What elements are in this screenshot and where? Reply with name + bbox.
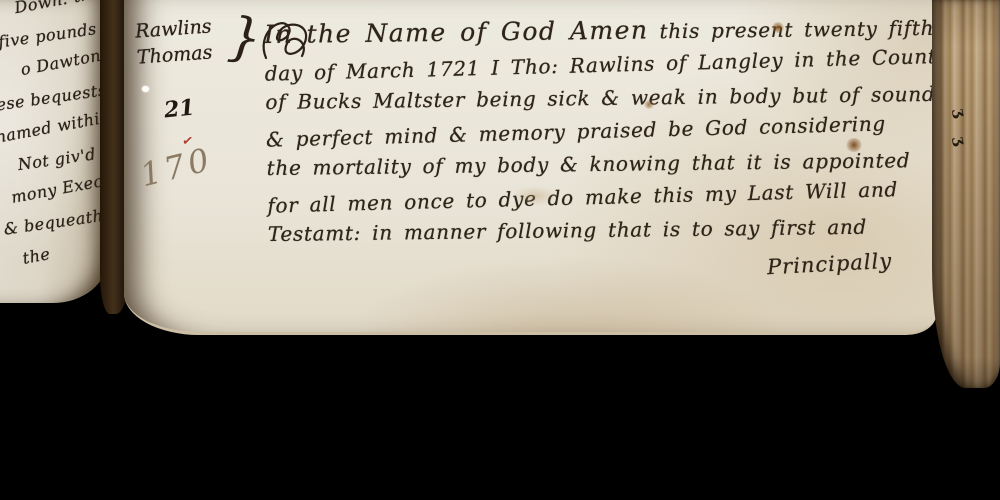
catchword: Principally [766,249,892,280]
paper-fleck [142,86,149,92]
manuscript-page: Rawlins Thomas } 21 ✓ 170 In the Name of… [124,0,936,335]
margin-entry-number: 21 [163,94,196,123]
edge-ink-mark: ʒ [951,135,970,147]
margin-testator-name: Rawlins Thomas [134,13,214,70]
will-text-block: In the Name of God Amen this present twe… [264,8,930,254]
folio-number: 170 [136,140,216,195]
edge-ink-mark: ʒ [951,107,970,119]
book-fore-edge: ʒ ʒ [932,0,1000,388]
will-opening-phrase: In the Name of God Amen [264,15,649,49]
previous-page-edge: Down: th five pounds o Dawton ll these b… [0,0,108,303]
will-line-continuation: this present twenty fifth [659,16,934,43]
ink-speck [392,300,399,306]
testator-forename: Thomas [136,39,214,70]
previous-page-text-column: Down: th five pounds o Dawton ll these b… [0,0,108,286]
will-line: Testamt: in manner following that is to … [268,210,930,251]
open-manuscript-book: Down: th five pounds o Dawton ll these b… [0,0,1000,500]
